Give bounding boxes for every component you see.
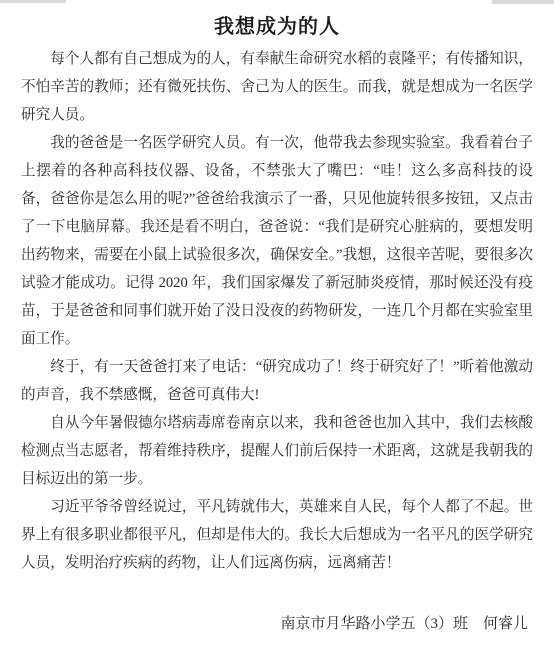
essay-paragraph: 每个人都有自己想成为的人，有奉献生命研究水稻的袁隆平；有传播知识，不怕辛苦的教师… [21,45,533,129]
essay-title: 我想成为的人 [0,10,554,39]
essay-paragraph: 习近平爷爷曾经说过，平凡铸就伟大，英雄来自人民，每个人都了不起。世界上有很多职业… [21,493,533,577]
essay-signature: 南京市月华路小学五（3）班 何睿儿 [0,610,554,638]
essay-body: 每个人都有自己想成为的人，有奉献生命研究水稻的袁隆平；有传播知识，不怕辛苦的教师… [0,45,554,577]
essay-paragraph: 自从今年暑假德尔塔病毒席卷南京以来，我和爸爸也加入其中，我们去核酸检测点当志愿者… [21,409,533,493]
scan-artifact-top-right [492,0,554,4]
essay-paragraph: 我的爸爸是一名医学研究人员。有一次，他带我去参现实验室。我看着台子上摆着的各种高… [21,129,533,353]
essay-page: 我想成为的人 每个人都有自己想成为的人，有奉献生命研究水稻的袁隆平；有传播知识，… [0,0,554,649]
scan-artifact-top-left [0,0,66,3]
essay-paragraph: 终于，有一天爸爸打来了电话：“研究成功了！终于研究好了！”听着他激动的声音，我不… [21,353,533,409]
